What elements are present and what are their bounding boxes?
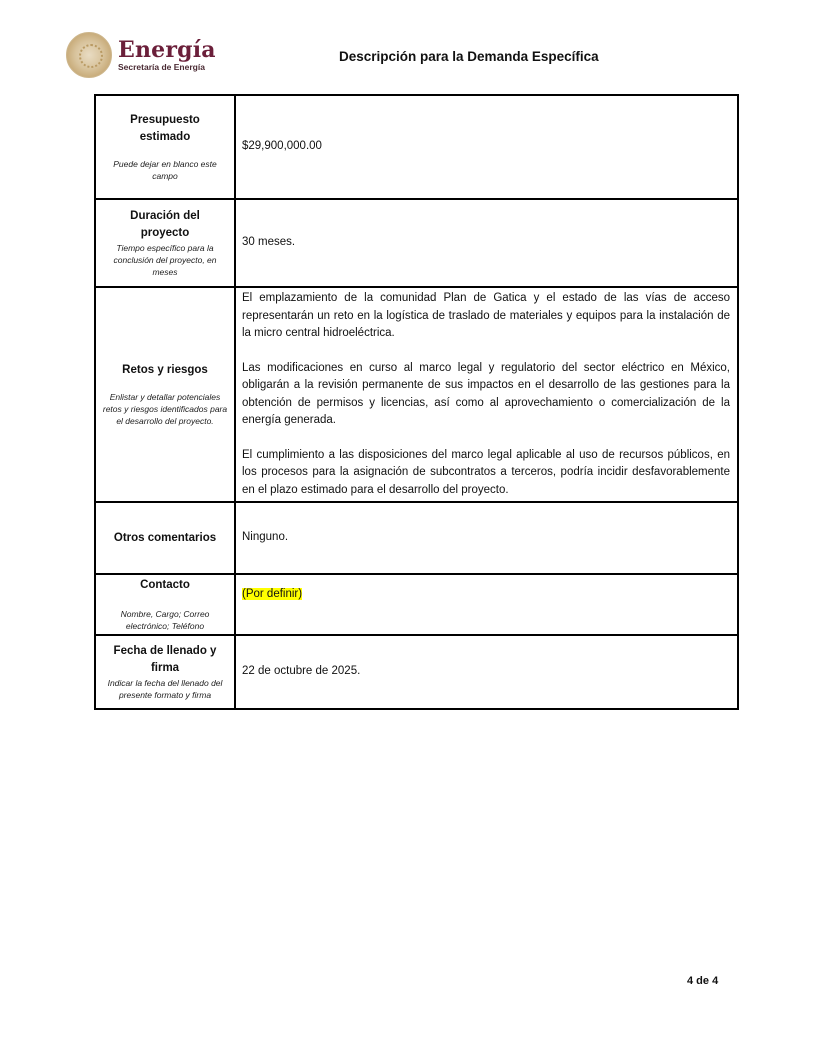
table-row-contact: Contacto Nombre, Cargo; Correo electróni…	[95, 574, 738, 635]
brand-block: Energía Secretaría de Energía	[118, 39, 216, 72]
brand-subtitle: Secretaría de Energía	[118, 63, 216, 72]
table-row-budget: Presupuesto estimado Puede dejar en blan…	[95, 95, 738, 199]
fill-date-value: 22 de octubre de 2025.	[242, 665, 360, 677]
comments-value: Ninguno.	[242, 531, 288, 543]
risk-paragraph: El cumplimiento a las disposiciones del …	[242, 447, 730, 500]
risk-paragraph: El emplazamiento de la comunidad Plan de…	[242, 290, 730, 343]
label-cell: Fecha de llenado y firma Indicar la fech…	[95, 635, 235, 709]
row-hint: Puede dejar en blanco este campo	[100, 158, 230, 182]
label-cell: Retos y riesgos Enlistar y detallar pote…	[95, 287, 235, 502]
document-title: Descripción para la Demanda Específica	[339, 49, 599, 64]
label-cell: Otros comentarios	[95, 502, 235, 574]
contact-value-highlighted: (Por definir)	[242, 588, 302, 600]
label-cell: Presupuesto estimado Puede dejar en blan…	[95, 95, 235, 199]
row-hint: Enlistar y detallar potenciales retos y …	[100, 391, 230, 427]
value-cell: El emplazamiento de la comunidad Plan de…	[235, 287, 738, 502]
risk-paragraph: Las modificaciones en curso al marco leg…	[242, 360, 730, 430]
coat-of-arms-seal-icon	[66, 32, 112, 78]
table-row-challenges-risks: Retos y riesgos Enlistar y detallar pote…	[95, 287, 738, 502]
row-label: Retos y riesgos	[100, 362, 230, 379]
label-cell: Duración del proyecto Tiempo específico …	[95, 199, 235, 287]
sener-logo: Energía Secretaría de Energía	[66, 32, 216, 78]
value-cell: Ninguno.	[235, 502, 738, 574]
page-number: 4 de 4	[687, 975, 718, 987]
page-header: Energía Secretaría de Energía Descripció…	[0, 0, 816, 90]
duration-value: 30 meses.	[242, 236, 295, 248]
row-hint: Nombre, Cargo; Correo electrónico; Teléf…	[100, 608, 230, 632]
brand-name: Energía	[118, 39, 216, 61]
row-hint: Tiempo específico para la conclusión del…	[100, 242, 230, 278]
row-hint: Indicar la fecha del llenado del present…	[100, 677, 230, 701]
label-cell: Contacto Nombre, Cargo; Correo electróni…	[95, 574, 235, 635]
budget-value: $29,900,000.00	[242, 140, 322, 152]
value-cell: (Por definir)	[235, 574, 738, 635]
row-label: Presupuesto estimado	[100, 112, 230, 146]
row-label: Otros comentarios	[100, 530, 230, 547]
project-form-table: Presupuesto estimado Puede dejar en blan…	[94, 94, 739, 710]
value-cell: 22 de octubre de 2025.	[235, 635, 738, 709]
row-label: Duración del proyecto	[100, 208, 230, 242]
value-cell: $29,900,000.00	[235, 95, 738, 199]
table-row-fill-date-signature: Fecha de llenado y firma Indicar la fech…	[95, 635, 738, 709]
table-row-other-comments: Otros comentarios Ninguno.	[95, 502, 738, 574]
table-row-duration: Duración del proyecto Tiempo específico …	[95, 199, 738, 287]
value-cell: 30 meses.	[235, 199, 738, 287]
row-label: Fecha de llenado y firma	[100, 643, 230, 677]
row-label: Contacto	[100, 577, 230, 594]
